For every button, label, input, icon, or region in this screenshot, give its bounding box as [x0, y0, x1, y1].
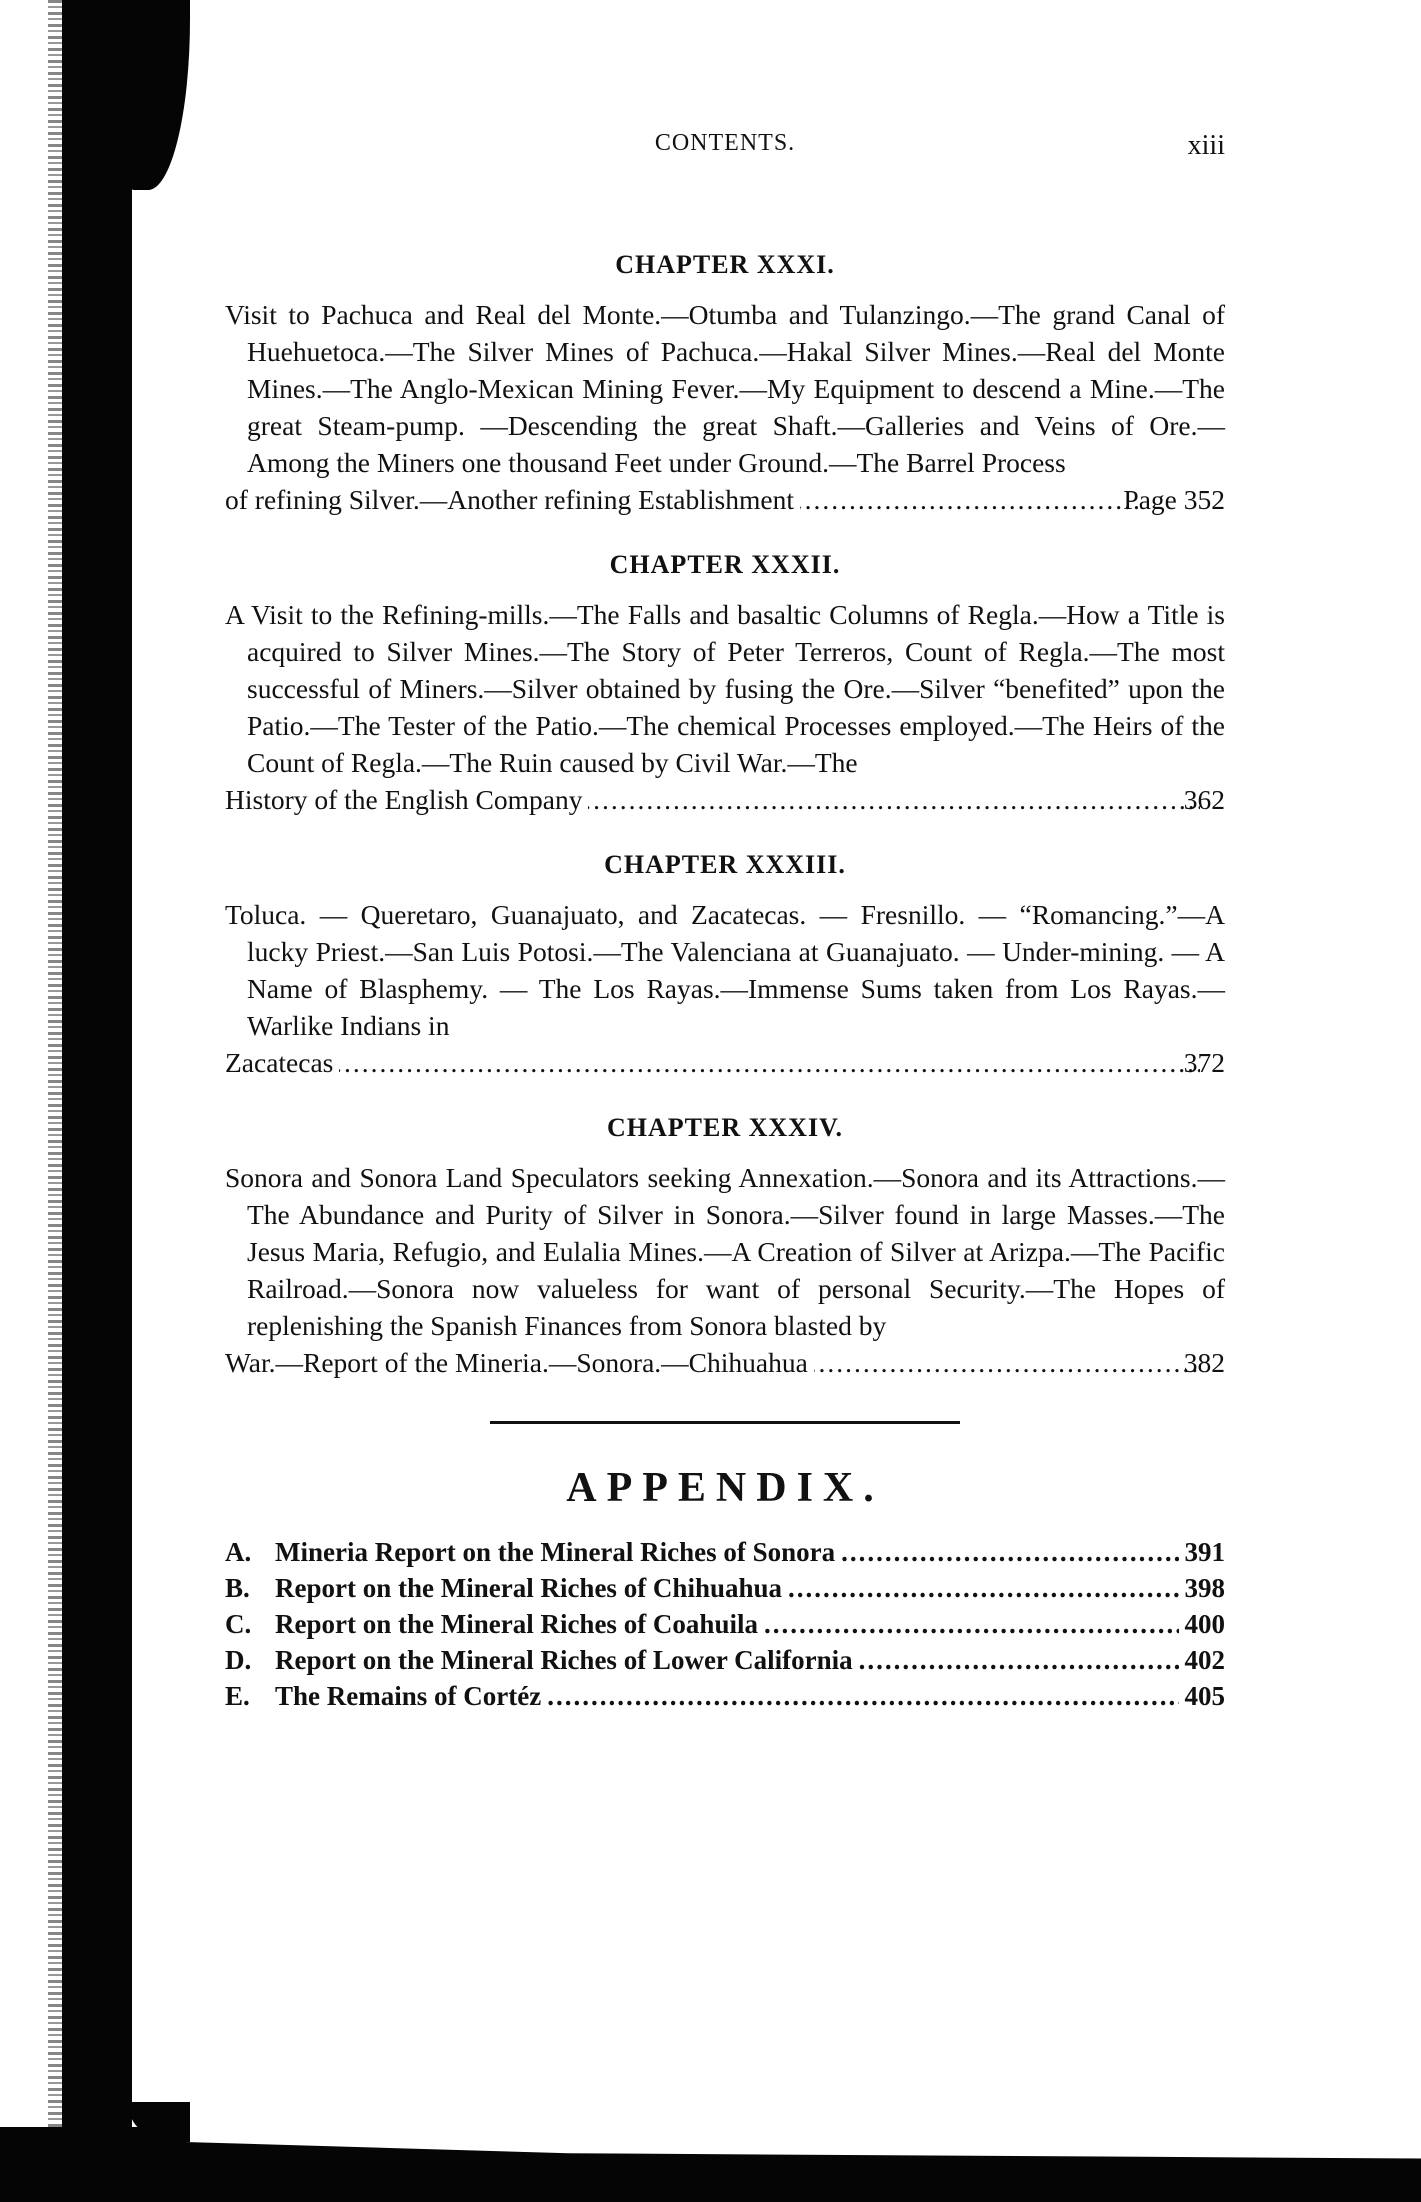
binding-shadow-top — [120, 0, 190, 190]
appendix-title: Report on the Mineral Riches of Chihuahu… — [275, 1570, 782, 1606]
dot-leader — [859, 1642, 1179, 1678]
appendix-letter: E. — [225, 1678, 275, 1714]
chapter-heading: CHAPTER XXXI. — [225, 250, 1225, 280]
chapter-entry-xxxiv: CHAPTER XXXIV. Sonora and Sonora Land Sp… — [225, 1113, 1225, 1381]
page-reference: 400 — [1185, 1606, 1226, 1642]
dot-leader — [339, 1044, 1199, 1081]
appendix-title: The Remains of Cortéz — [275, 1678, 541, 1714]
chapter-heading: CHAPTER XXXIII. — [225, 850, 1225, 880]
running-title: CONTENTS. — [225, 130, 1225, 157]
chapter-heading: CHAPTER XXXII. — [225, 550, 1225, 580]
chapter-entry-xxxiii: CHAPTER XXXIII. Toluca. — Queretaro, Gua… — [225, 850, 1225, 1081]
page-reference: 398 — [1185, 1570, 1226, 1606]
summary-last-line: of refining Silver.—Another refining Est… — [247, 481, 1225, 518]
dot-leader — [588, 781, 1199, 818]
appendix-item-b: B. Report on the Mineral Riches of Chihu… — [225, 1570, 1225, 1606]
summary-text: A Visit to the Refining-mills.—The Falls… — [225, 599, 1225, 778]
dot-leader — [788, 1570, 1178, 1606]
appendix-letter: B. — [225, 1570, 275, 1606]
page-reference: 405 — [1185, 1678, 1226, 1714]
dot-leader — [814, 1344, 1200, 1381]
summary-last-line: Zacatecas 372 — [247, 1044, 1225, 1081]
summary-text: Sonora and Sonora Land Speculators seeki… — [225, 1162, 1225, 1341]
appendix-title: Report on the Mineral Riches of Lower Ca… — [275, 1642, 853, 1678]
summary-last-text: of refining Silver.—Another refining Est… — [247, 481, 794, 518]
chapter-summary: Visit to Pachuca and Real del Monte.—Otu… — [225, 296, 1225, 518]
chapter-entry-xxxi: CHAPTER XXXI. Visit to Pachuca and Real … — [225, 250, 1225, 518]
appendix-item-e: E. The Remains of Cortéz 405 — [225, 1678, 1225, 1714]
summary-last-text: War.—Report of the Mineria.—Sonora.—Chih… — [247, 1344, 808, 1381]
summary-last-text: Zacatecas — [247, 1044, 333, 1081]
summary-text: Visit to Pachuca and Real del Monte.—Otu… — [225, 299, 1225, 478]
page-reference: 391 — [1185, 1534, 1226, 1570]
appendix-heading: APPENDIX. — [225, 1464, 1225, 1512]
dot-leader — [800, 481, 1139, 518]
dot-leader — [764, 1606, 1179, 1642]
appendix-title: Mineria Report on the Mineral Riches of … — [275, 1534, 835, 1570]
page-reference: 372 — [1206, 1044, 1225, 1081]
page-reference: 382 — [1206, 1344, 1225, 1381]
chapter-summary: A Visit to the Refining-mills.—The Falls… — [225, 596, 1225, 818]
appendix-section: APPENDIX. A. Mineria Report on the Miner… — [225, 1464, 1225, 1714]
page-reference: 402 — [1185, 1642, 1226, 1678]
appendix-letter: D. — [225, 1642, 275, 1678]
appendix-item-d: D. Report on the Mineral Riches of Lower… — [225, 1642, 1225, 1678]
section-divider — [490, 1421, 960, 1424]
binding-shadow-left — [62, 0, 132, 2202]
contents-list: CHAPTER XXXI. Visit to Pachuca and Real … — [225, 250, 1225, 1714]
appendix-item-a: A. Mineria Report on the Mineral Riches … — [225, 1534, 1225, 1570]
appendix-item-c: C. Report on the Mineral Riches of Coahu… — [225, 1606, 1225, 1642]
appendix-letter: C. — [225, 1606, 275, 1642]
chapter-entry-xxxii: CHAPTER XXXII. A Visit to the Refining-m… — [225, 550, 1225, 818]
page-reference: Page 352 — [1145, 481, 1225, 518]
summary-last-line: History of the English Company 362 — [247, 781, 1225, 818]
appendix-letter: A. — [225, 1534, 275, 1570]
running-head: CONTENTS. xiii — [225, 130, 1225, 170]
summary-last-line: War.—Report of the Mineria.—Sonora.—Chih… — [247, 1344, 1225, 1381]
chapter-summary: Sonora and Sonora Land Speculators seeki… — [225, 1159, 1225, 1381]
page-numeral: xiii — [1188, 130, 1225, 162]
dot-leader — [841, 1534, 1178, 1570]
binding-shadow-bottom — [0, 2127, 1421, 2202]
summary-last-text: History of the English Company — [247, 781, 582, 818]
appendix-title: Report on the Mineral Riches of Coahuila — [275, 1606, 758, 1642]
chapter-summary: Toluca. — Queretaro, Guanajuato, and Zac… — [225, 896, 1225, 1081]
chapter-heading: CHAPTER XXXIV. — [225, 1113, 1225, 1143]
appendix-list: A. Mineria Report on the Mineral Riches … — [225, 1534, 1225, 1714]
page-reference: 362 — [1206, 781, 1225, 818]
dot-leader — [547, 1678, 1178, 1714]
summary-text: Toluca. — Queretaro, Guanajuato, and Zac… — [225, 899, 1225, 1041]
